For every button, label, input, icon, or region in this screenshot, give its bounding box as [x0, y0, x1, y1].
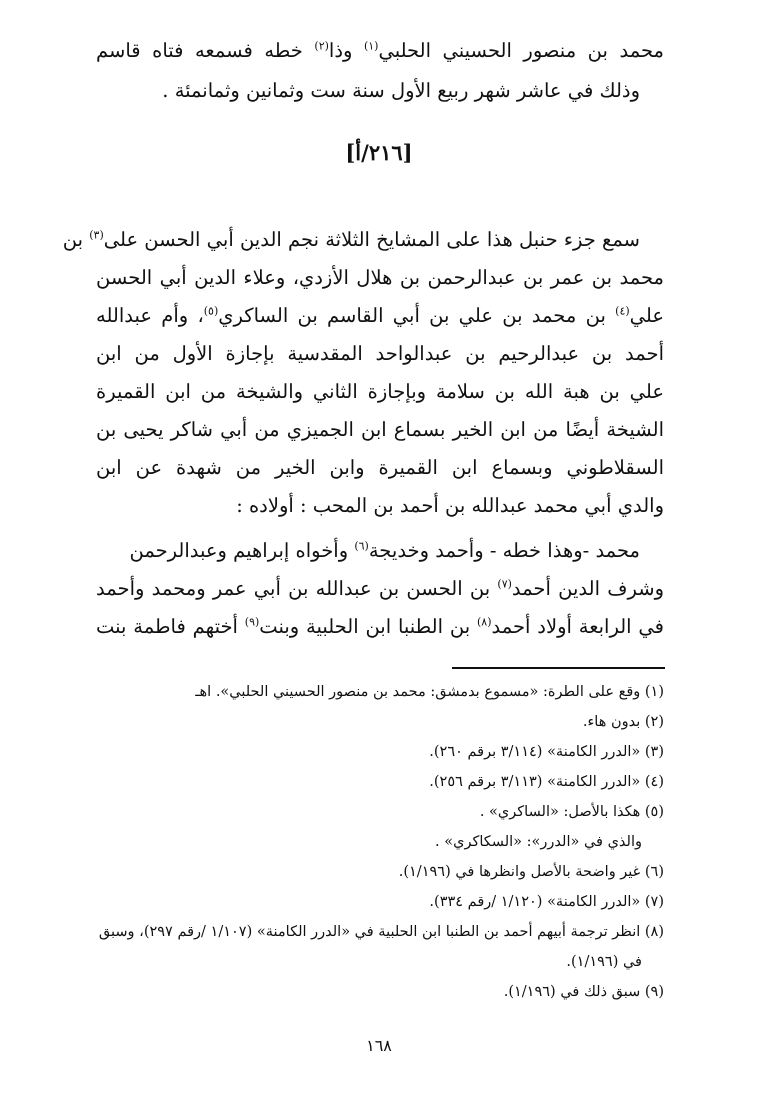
text-segment: سمع جزء حنبل هذا على المشايخ الثلاثة نجم…: [104, 228, 640, 251]
footnote-8: (٨) انظر ترجمة أبيهم أحمد بن الطنبا ابن …: [96, 919, 664, 945]
text-segment: محمد -وهذا خطه - وأحمد وخديجة: [369, 539, 640, 562]
footnote-ref[interactable]: (٢): [314, 40, 329, 53]
footnote-5: (٥) هكذا بالأصل: «الساكري» .: [96, 799, 664, 825]
text-line: في الرابعة أولاد أحمد(٨) بن الطنبا ابن ا…: [96, 607, 664, 647]
footnote-5-continuation: والذي في «الدرر»: «السكاكري» .: [96, 829, 664, 855]
footnote-7: (٧) «الدرر الكامنة» (١/١٢٠ /رقم ٣٣٤).: [96, 889, 664, 915]
text-line: سمع جزء حنبل هذا على المشايخ الثلاثة نجم…: [96, 220, 664, 260]
folio-marker: [٢١٦/أ]: [0, 140, 758, 165]
text-line: وذلك في عاشر شهر ربيع الأول سنة ست وثمان…: [96, 71, 664, 111]
text-line: السقلاطوني وبسماع ابن القميرة وابن الخير…: [96, 448, 664, 488]
footnote-ref[interactable]: (٦): [354, 540, 369, 553]
text-line: والدي أبي محمد عبدالله بن أحمد بن المحب …: [96, 486, 664, 526]
text-line: محمد بن منصور الحسيني الحلبي(١) وذا(٢) خ…: [96, 31, 664, 71]
footnote-ref[interactable]: (٣): [89, 229, 104, 242]
text-line: علي بن هبة الله بن سلامة وبإجازة الثاني …: [96, 372, 664, 412]
document-page: محمد بن منصور الحسيني الحلبي(١) وذا(٢) خ…: [0, 0, 758, 1102]
footnote-ref[interactable]: (٥): [204, 305, 219, 318]
text-segment: بن الطنبا ابن الحلبية وبنت: [259, 615, 477, 638]
footnote-6: (٦) غير واضحة بالأصل وانظرها في (١/١٩٦).: [96, 859, 664, 885]
text-segment: وذا: [329, 39, 364, 62]
footnote-9: (٩) سبق ذلك في (١/١٩٦).: [96, 979, 664, 1005]
text-line: علي(٤) بن محمد بن علي بن أبي القاسم بن ا…: [96, 296, 664, 336]
text-segment: بن: [63, 228, 89, 251]
footnote-4: (٤) «الدرر الكامنة» (٣/١١٣ برقم ٢٥٦).: [96, 769, 664, 795]
footnote-8-continuation: في (١/١٩٦).: [96, 949, 664, 975]
text-segment: في الرابعة أولاد أحمد: [491, 615, 664, 638]
footnote-ref[interactable]: (٧): [497, 578, 512, 591]
footnote-1: (١) وقع على الطرة: «مسموع بدمشق: محمد بن…: [96, 679, 664, 705]
text-segment: بن محمد بن علي بن أبي القاسم بن الساكري: [218, 304, 615, 327]
footnote-separator: [452, 667, 665, 669]
text-segment: علي: [630, 304, 664, 327]
text-line: وشرف الدين أحمد(٧) بن الحسن بن عبدالله ب…: [96, 569, 664, 609]
text-line: محمد -وهذا خطه - وأحمد وخديجة(٦) وأخواه …: [96, 531, 664, 571]
text-line: محمد بن عمر بن عبدالرحمن بن هلال الأزدي،…: [96, 258, 664, 298]
footnote-ref[interactable]: (٨): [477, 616, 492, 629]
text-line: الشيخة أيضًا من ابن الخير بسماع ابن الجم…: [96, 410, 664, 450]
text-segment: الشيخة أيضًا من ابن الخير بسماع ابن الجم…: [96, 418, 664, 450]
text-segment: أحمد بن عبدالرحيم بن عبدالواحد المقدسية …: [96, 342, 664, 374]
footnote-ref[interactable]: (١): [364, 40, 379, 53]
text-segment: وأخواه إبراهيم وعبدالرحمن: [130, 539, 355, 562]
text-segment: السقلاطوني وبسماع ابن القميرة وابن الخير…: [96, 456, 664, 488]
text-segment: وذلك في عاشر شهر ربيع الأول سنة ست وثمان…: [162, 79, 640, 102]
footnote-ref[interactable]: (٩): [245, 616, 260, 629]
footnote-3: (٣) «الدرر الكامنة» (٣/١١٤ برقم ٢٦٠).: [96, 739, 664, 765]
text-segment: محمد بن منصور الحسيني الحلبي: [378, 39, 664, 62]
page-number: ١٦٨: [0, 1036, 758, 1055]
text-segment: وشرف الدين أحمد: [512, 577, 664, 600]
text-line: أحمد بن عبدالرحيم بن عبدالواحد المقدسية …: [96, 334, 664, 374]
text-segment: محمد بن عمر بن عبدالرحمن بن هلال الأزدي،…: [96, 266, 664, 289]
footnote-2: (٢) بدون هاء.: [96, 709, 664, 735]
text-segment: علي بن هبة الله بن سلامة وبإجازة الثاني …: [96, 380, 664, 412]
footnote-ref[interactable]: (٤): [615, 305, 630, 318]
text-segment: والدي أبي محمد عبدالله بن أحمد بن المحب …: [236, 494, 664, 517]
